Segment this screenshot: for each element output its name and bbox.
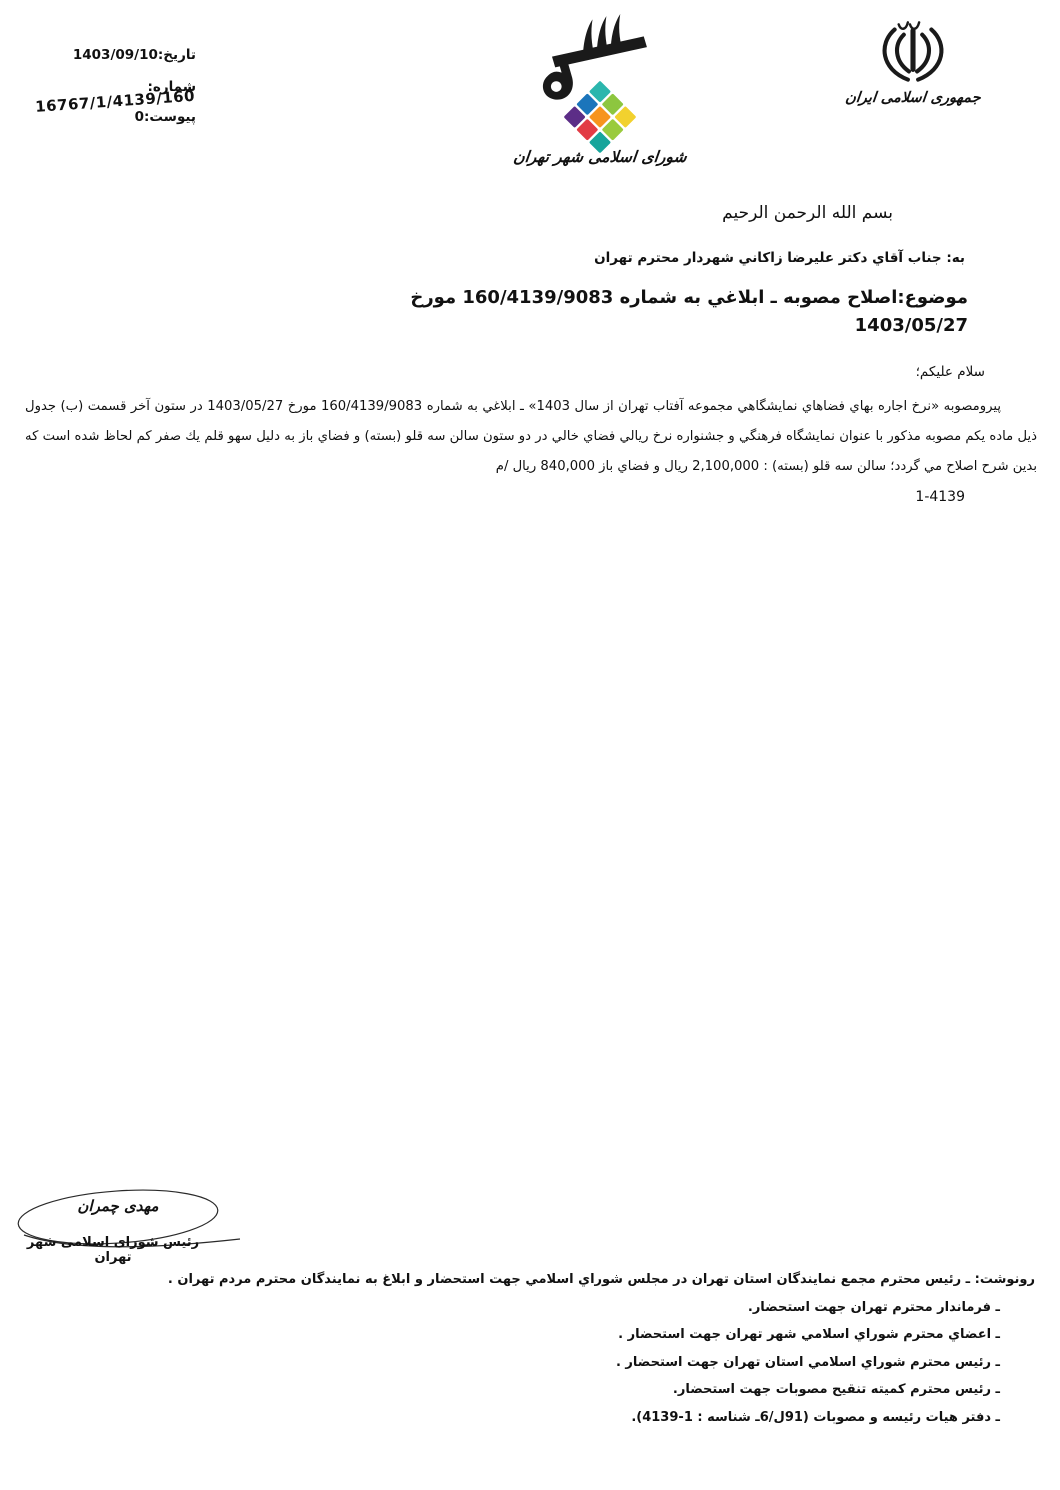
cc-line: ـ رئيس محترم كميته تنقيح مصوبات جهت استح… (25, 1376, 1035, 1404)
allah-emblem-icon (867, 12, 959, 90)
cc-line: رونوشت: ـ رئيس محترم مجمع نمايندگان استا… (25, 1266, 1035, 1294)
letterhead-meta-block: تاریخ:1403/09/10 شماره: 16767/1/4139/160… (34, 46, 196, 126)
cc-line: ـ اعضاي محترم شوراي اسلامي شهر تهران جهت… (25, 1321, 1035, 1349)
body-paragraph: پيرومصوبه «نرخ اجاره بهاي فضاهاي نمايشگا… (25, 392, 1037, 482)
greeting: سلام عليكم؛ (916, 364, 985, 380)
bismillah: بسم الله الرحمن الرحيم (722, 203, 893, 223)
signatory-title: رئیس شورای اسلامی شهر تهران (8, 1235, 218, 1265)
state-name: جمهوری اسلامی ایران (837, 90, 989, 106)
date-field: تاریخ:1403/09/10 (34, 46, 196, 64)
signatory-name: مهدی چمران (38, 1197, 198, 1215)
council-name: شورای اسلامی شهر تهران (499, 148, 701, 166)
addressee-line: به: جناب آقاي دكتر عليرضا زاكاني شهردار … (594, 250, 965, 266)
subject-line1: موضوع:اصلاح مصوبه ـ ابلاغي به شماره 160/… (410, 284, 968, 312)
cc-block: رونوشت: ـ رئيس محترم مجمع نمايندگان استا… (25, 1266, 1035, 1431)
cc-line: ـ رئيس محترم شوراي اسلامي استان تهران جه… (25, 1349, 1035, 1377)
cc-line: ـ دفتر هيات رئيسه و مصوبات (91ل/6ـ شناسه… (25, 1404, 1035, 1432)
cc-line: ـ فرماندار محترم تهران جهت استحضار. (25, 1294, 1035, 1322)
letter-page: تاریخ:1403/09/10 شماره: 16767/1/4139/160… (0, 0, 1060, 1490)
council-logo: شورای اسلامی شهر تهران (500, 14, 700, 166)
body-block: پيرومصوبه «نرخ اجاره بهاي فضاهاي نمايشگا… (25, 392, 1037, 512)
iran-emblem: جمهوری اسلامی ایران (838, 12, 988, 106)
subject-block: موضوع:اصلاح مصوبه ـ ابلاغي به شماره 160/… (410, 284, 968, 340)
reference-code: 1-4139 (25, 482, 1037, 512)
subject-line2: 1403/05/27 (410, 312, 968, 340)
